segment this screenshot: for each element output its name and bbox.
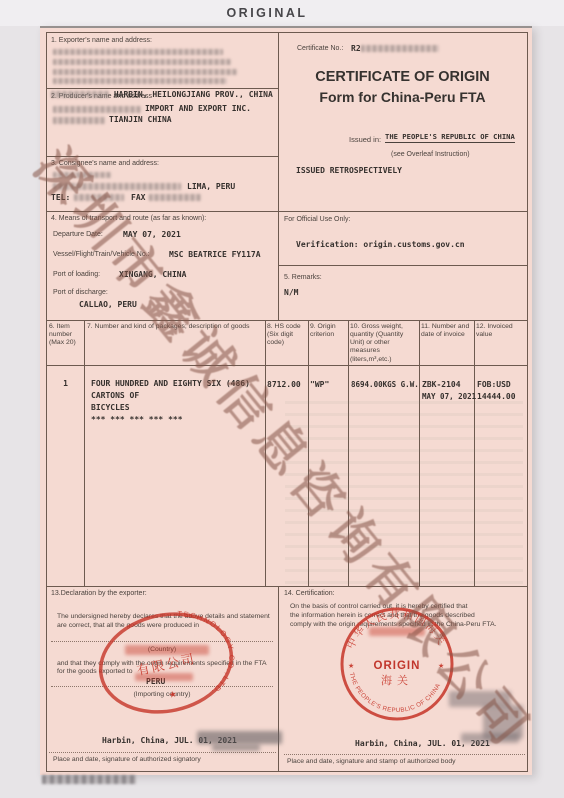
invoice-number: ZBK-2104 bbox=[422, 380, 461, 390]
certificate-paper: 1. Exporter's name and address: 2. Produ… bbox=[40, 26, 532, 775]
consignee-fax-label: FAX bbox=[131, 193, 145, 203]
redacted-exporter-line bbox=[53, 69, 237, 75]
remarks-box-label: 5. Remarks: bbox=[284, 274, 322, 282]
issued-in-label: Issued in: bbox=[349, 135, 381, 144]
consignee-tel-label: TEL: bbox=[51, 193, 70, 203]
certificate-no-value: R2 bbox=[351, 44, 439, 54]
declaration-box-label: 13.Declaration by the exporter: bbox=[51, 590, 147, 598]
producer-address-line2: IMPORT AND EXPORT INC. bbox=[145, 104, 251, 114]
goods-gross-weight: 8694.00KGS G.W. bbox=[351, 380, 419, 389]
transport-box-label: 4. Means of transport and route (as far … bbox=[51, 215, 206, 223]
table-header-gross-weight: 10. Gross weight, quantity (Quantity Uni… bbox=[350, 323, 418, 364]
authorized-body-dotted-line bbox=[284, 754, 525, 755]
table-header-hs-code: 8. HS code (Six digit code) bbox=[267, 323, 306, 347]
issued-in-value: THE PEOPLE'S REPUBLIC OF CHINA bbox=[385, 132, 515, 143]
goods-description-line: *** *** *** *** *** bbox=[91, 415, 183, 425]
table-top-border bbox=[47, 320, 527, 321]
redacted-fax-number bbox=[149, 194, 201, 201]
certification-box-label: 14. Certification: bbox=[284, 590, 335, 598]
redacted-consignee-line bbox=[53, 172, 111, 178]
redacted-exporter-line bbox=[53, 59, 231, 65]
box3-divider bbox=[47, 211, 527, 212]
customs-stamp-star-icon: ★ bbox=[348, 662, 354, 670]
redacted-consignee-line bbox=[53, 183, 181, 190]
redacted-exporter-line bbox=[53, 78, 227, 84]
port-loading-value: XINGANG, CHINA bbox=[119, 270, 186, 280]
page-bleedthrough-texture bbox=[285, 393, 523, 593]
exporter-box-label: 1. Exporter's name and address: bbox=[51, 37, 152, 45]
customs-stamp-cn-text: 海关 bbox=[381, 673, 413, 687]
goods-description-line: FOUR HUNDRED AND EIGHTY SIX (486) bbox=[91, 379, 250, 389]
table-header-origin-criterion: 9. Origin criterion bbox=[310, 323, 346, 339]
customs-origin-stamp: 中华人民共和国海关 THE PEOPLE'S REPUBLIC OF CHINA… bbox=[338, 605, 456, 723]
goods-description-line: BICYCLES bbox=[91, 403, 130, 413]
goods-item-number: 1 bbox=[47, 379, 84, 389]
certificate-title: CERTIFICATE OF ORIGIN bbox=[278, 69, 527, 85]
port-discharge-label: Port of discharge: bbox=[53, 289, 108, 297]
table-col-divider bbox=[265, 320, 266, 586]
authorized-body-caption: Place and date, signature and stamp of a… bbox=[287, 758, 456, 767]
signatory-caption: Place and date, signature of authorized … bbox=[53, 756, 201, 765]
goods-description-line: CARTONS OF bbox=[91, 391, 139, 401]
customs-stamp-star-icon: ★ bbox=[438, 662, 444, 670]
overleaf-note: (see Overleaf Instruction) bbox=[391, 151, 470, 159]
invoice-date: MAY 07, 2021 bbox=[422, 392, 476, 401]
official-use-label: For Official Use Only: bbox=[284, 216, 350, 224]
table-header-packages: 7. Number and kind of packages; descript… bbox=[87, 323, 259, 331]
port-loading-label: Port of loading: bbox=[53, 271, 100, 279]
box1-divider bbox=[47, 88, 278, 89]
remarks-value: N/M bbox=[284, 288, 298, 298]
redacted-tel-number bbox=[74, 194, 124, 201]
certificate-no-label: Certificate No.: bbox=[297, 45, 343, 53]
verification-url: Verification: origin.customs.gov.cn bbox=[296, 240, 465, 250]
goods-hs-code: 8712.00 bbox=[267, 380, 301, 390]
redacted-certificate-no bbox=[361, 45, 439, 52]
certificate-subtitle: Form for China-Peru FTA bbox=[278, 89, 527, 105]
vessel-label: Vessel/Flight/Train/Vehicle No.: bbox=[53, 251, 150, 259]
company-stamp-star-icon: ★ bbox=[168, 689, 178, 700]
redacted-company-stamp-line bbox=[135, 673, 193, 681]
consignee-city: LIMA, PERU bbox=[187, 182, 235, 192]
table-col-divider bbox=[84, 320, 85, 586]
company-oval-stamp: TECHNOLOGY CO.,LTD. 有限公司 ★ bbox=[80, 589, 252, 738]
redacted-exporter-signature bbox=[212, 744, 260, 751]
vessel-value: MSC BEATRICE FY117A bbox=[169, 250, 261, 260]
producer-address-line1: HARBIN, HEILONGJIANG PROV., CHINA bbox=[51, 90, 273, 100]
table-header-item: 6. Item number (Max 20) bbox=[49, 323, 82, 347]
invoiced-value-amount: 14444.00 bbox=[477, 392, 516, 402]
departure-date-value: MAY 07, 2021 bbox=[123, 230, 181, 240]
producer-address-line3: TIANJIN CHINA bbox=[109, 115, 172, 125]
invoiced-value-currency: FOB:USD bbox=[477, 380, 511, 390]
redacted-exporter-line bbox=[53, 49, 223, 55]
redacted-official-signature bbox=[461, 733, 519, 743]
redacted-serial-number bbox=[42, 775, 136, 784]
customs-stamp-origin-label: ORIGIN bbox=[374, 660, 421, 672]
remarks-divider bbox=[278, 265, 527, 266]
consignee-box-label: 3. Consignee's name and address: bbox=[51, 160, 159, 168]
original-copy-label: ORIGINAL bbox=[0, 6, 534, 20]
table-header-border bbox=[47, 365, 527, 366]
producer-address-text: HARBIN, HEILONGJIANG PROV., CHINA bbox=[114, 90, 273, 99]
goods-origin-criterion: "WP" bbox=[310, 380, 329, 390]
departure-date-label: Departure Date: bbox=[53, 231, 103, 239]
signatory-dotted-line bbox=[49, 752, 276, 753]
issued-retrospectively-note: ISSUED RETROSPECTIVELY bbox=[296, 166, 402, 176]
redacted-exporter-signature bbox=[197, 731, 282, 744]
redacted-producer-line bbox=[53, 117, 105, 124]
table-header-invoiced-value: 12. Invoiced value bbox=[476, 323, 523, 339]
redacted-customs-stamp-name bbox=[369, 627, 425, 636]
box2-divider bbox=[47, 156, 278, 157]
redacted-producer-prefix bbox=[51, 91, 109, 98]
table-header-invoice: 11. Number and date of invoice bbox=[421, 323, 471, 339]
certificate-form-border: 1. Exporter's name and address: 2. Produ… bbox=[46, 32, 528, 772]
certificate-no-prefix: R2 bbox=[351, 44, 361, 53]
scanned-certificate-page: ORIGINAL 1. Exporter's name and address: bbox=[0, 0, 564, 798]
redacted-producer-line bbox=[53, 106, 141, 113]
port-discharge-value: CALLAO, PERU bbox=[79, 300, 137, 310]
redacted-company-stamp-name bbox=[125, 645, 209, 655]
